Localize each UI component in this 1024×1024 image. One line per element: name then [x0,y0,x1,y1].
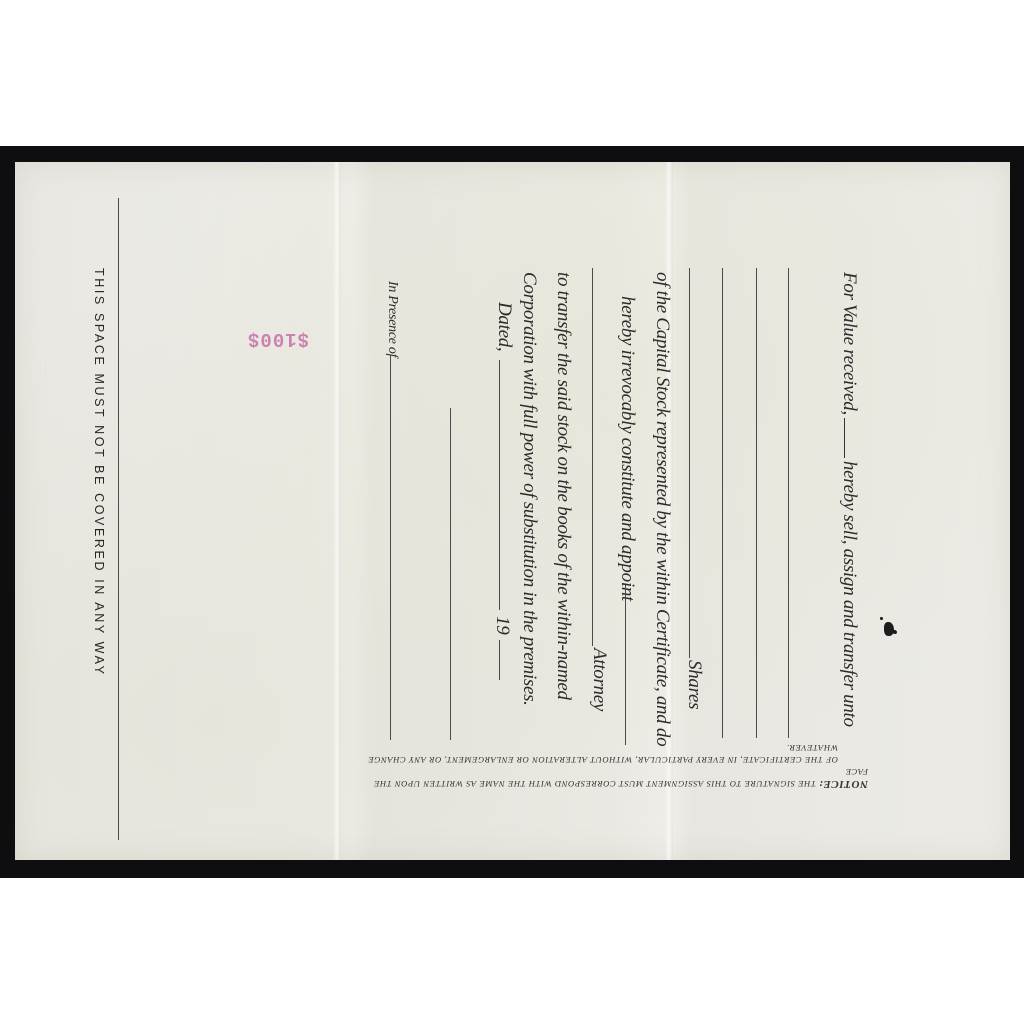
assignment-line-1: For Value received,hereby sell, assign a… [838,272,860,727]
notice-line-1: The signature to this assignment must co… [374,767,868,789]
shares-label: Shares [683,660,705,709]
signature-blank-line[interactable] [450,408,451,740]
assignee-blank-line[interactable] [756,268,757,738]
ink-speck [880,617,883,620]
shares-blank-line[interactable] [689,268,690,658]
year-prefix: 19 [491,616,513,634]
notice-lead: Notice: [819,778,868,790]
assignment-line-3: of the Capital Stock represented by the … [651,272,673,746]
assignment-line-6: to transfer the said stock on the books … [552,272,574,700]
attorney-blank-line[interactable] [592,268,593,646]
notice-line-2: of the certificate, in every particular,… [358,742,868,766]
sell-assign-transfer: hereby sell, assign and transfer unto [839,461,860,727]
margin-rule [118,198,119,840]
attorney-label: Attorney [588,648,610,711]
perforated-value-stamp: $100$ [247,328,309,350]
assignment-line-7: Corporation with full power of substitut… [518,272,540,706]
witness-blank-line[interactable] [390,355,391,740]
dated-label: Dated, [493,302,515,351]
paper-fold [333,162,341,860]
ink-speck [893,630,897,634]
in-presence-of-label: In Presence of [384,281,400,357]
blank-line [844,418,845,458]
for-value-received: For Value received, [839,272,860,415]
attorney-blank-line-a[interactable] [625,585,626,745]
assignee-blank-line[interactable] [788,268,789,738]
margin-notice: THIS SPACE MUST NOT BE COVERED IN ANY WA… [92,268,106,788]
date-blank-line[interactable] [499,360,500,610]
assignee-blank-line[interactable] [722,268,723,738]
assignment-line-4: hereby irrevocably constitute and appoin… [616,296,638,601]
ink-blot [884,622,894,636]
footer-notice: Notice: The signature to this assignment… [358,742,868,790]
year-blank-line[interactable] [499,640,500,680]
